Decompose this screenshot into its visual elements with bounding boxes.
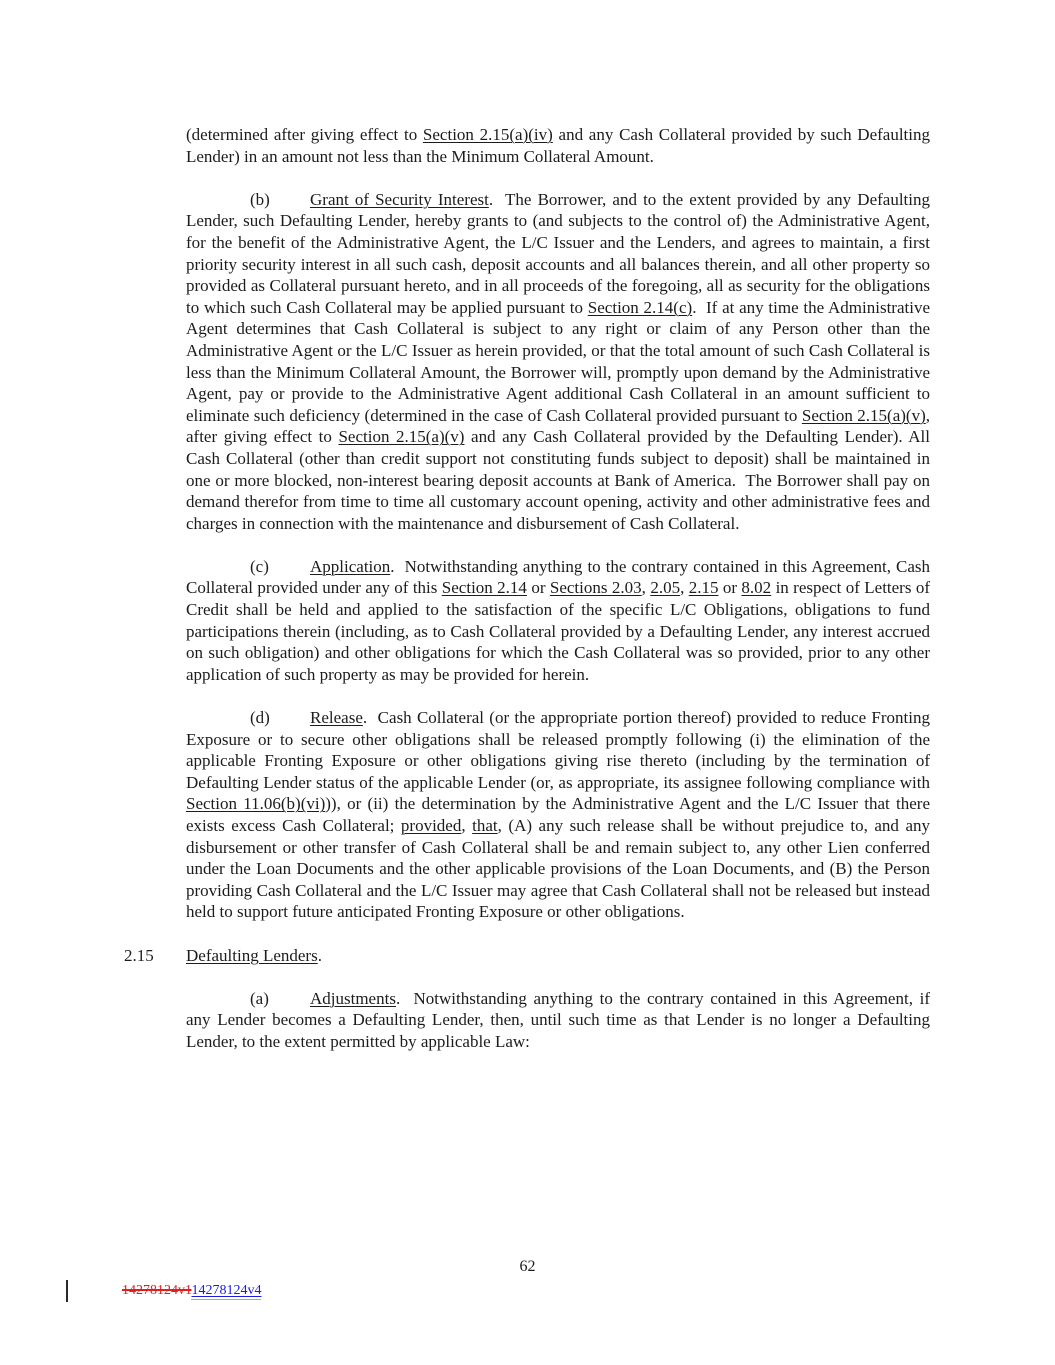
- underlined-reference: 2.05: [650, 578, 680, 597]
- deleted-doc-id: 14278124v1: [122, 1283, 191, 1298]
- text-run: .: [318, 946, 322, 965]
- paragraph-label: (b): [250, 189, 310, 211]
- document-page: (determined after giving effect to Secti…: [0, 0, 1055, 1365]
- text-run: or: [718, 578, 741, 597]
- page-number: 62: [0, 1258, 1055, 1276]
- paragraph: (determined after giving effect to Secti…: [186, 124, 930, 167]
- inserted-doc-id: 14278124v4: [191, 1283, 261, 1300]
- underlined-reference: 2.15: [689, 578, 719, 597]
- paragraph: (a)Adjustments. Notwithstanding anything…: [186, 988, 930, 1053]
- paragraph: (c)Application. Notwithstanding anything…: [186, 556, 930, 686]
- underlined-reference: Sections 2.03: [550, 578, 642, 597]
- text-run: (determined after giving effect to: [186, 125, 423, 144]
- document-body: (determined after giving effect to Secti…: [186, 124, 930, 1074]
- paragraph-label: (a): [250, 988, 310, 1010]
- paragraph: (d)Release. Cash Collateral (or the appr…: [186, 707, 930, 923]
- underlined-reference: 8.02: [741, 578, 771, 597]
- change-bar: [66, 1280, 68, 1302]
- text-run: ,: [642, 578, 651, 597]
- underlined-reference: Section 2.15(a)(v): [802, 406, 926, 425]
- section-heading: 2.15Defaulting Lenders.: [124, 945, 930, 967]
- underlined-reference: that: [472, 816, 498, 835]
- underlined-reference: Section 2.15(a)(v): [338, 427, 464, 446]
- underlined-reference: Grant of Security Interest: [310, 190, 489, 209]
- text-run: ,: [461, 816, 472, 835]
- underlined-reference: Section 2.14(c): [588, 298, 692, 317]
- text-run: ,: [680, 578, 689, 597]
- document-id-line: 14278124v114278124v4: [122, 1282, 261, 1300]
- underlined-reference: Section 2.15(a)(iv): [423, 125, 553, 144]
- underlined-reference: Adjustments: [310, 989, 396, 1008]
- paragraph: (b)Grant of Security Interest. The Borro…: [186, 189, 930, 535]
- underlined-reference: Defaulting Lenders: [186, 946, 318, 965]
- underlined-reference: Section 11.06(b)(vi): [186, 794, 325, 813]
- paragraph-label: (c): [250, 556, 310, 578]
- section-number: 2.15: [124, 945, 186, 967]
- text-run: or: [527, 578, 550, 597]
- paragraph-label: (d): [250, 707, 310, 729]
- underlined-reference: Release: [310, 708, 363, 727]
- underlined-reference: Application: [310, 557, 390, 576]
- underlined-reference: Section 2.14: [442, 578, 527, 597]
- underlined-reference: provided: [401, 816, 461, 835]
